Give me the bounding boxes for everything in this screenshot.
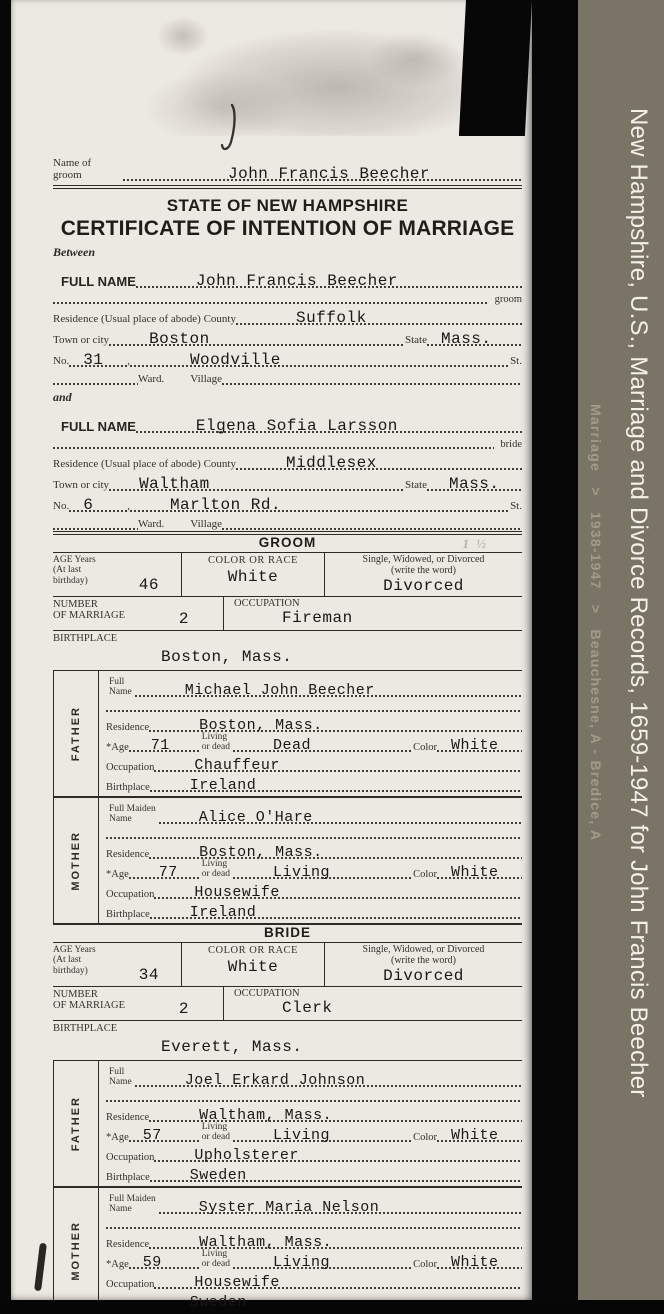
groom-father-age-row: *Age 71 Living or dead Dead Color White [106,733,522,753]
groom-father-occupation: Chauffeur [194,758,280,773]
line: White [437,1252,522,1270]
ink-blob [34,1243,47,1291]
bride-state-line: Mass. [427,474,522,492]
collection-sidebar: Marriage > 1938-1947 > Beauchesne, A - B… [578,0,664,1314]
name-of-groom-value: John Francis Beecher [228,166,430,182]
groom-father-residence: Boston, Mass. [199,718,323,733]
age-label: *Age [106,742,129,753]
line: Living [233,1125,413,1143]
groom-birthplace-row: BIRTHPLACE Boston, Mass. [53,631,522,671]
between-row: Between [53,244,522,260]
between-label: Between [53,245,95,260]
groom-mother-age: 77 [159,865,178,880]
bride-mother-occupation: Housewife [194,1275,280,1290]
color-label: Color [413,869,437,880]
bride-mother-residence-row: Residence Waltham, Mass. [106,1230,522,1250]
bride-stats-row1: AGE Years (At last birthday) 34 COLOR OR… [53,943,522,987]
line: Living [233,1252,413,1270]
bride-town-line: Waltham [109,474,405,492]
breadcrumb: Marriage > 1938-1947 > Beauchesne, A - B… [588,404,604,841]
ward-label: Ward. [138,374,164,386]
living-or-dead-label: Living or dead [199,860,233,880]
bride-occupation-value: Clerk [282,1000,333,1016]
bride-father-living: Living [273,1128,330,1143]
line: Housewife [154,882,522,900]
line: Sweden [150,1165,522,1183]
bride-mother-birthplace: Sweden [190,1295,247,1310]
line: Housewife [154,1272,522,1290]
bride-ward-row: Ward. Village [53,513,522,535]
groom-street-value: Woodville [190,352,281,368]
age-label: *Age [106,869,129,880]
bride-father-fields: Full Name Joel Erkard Johnson Residence … [99,1061,522,1186]
bride-father-birthplace-row: Birthplace Sweden [106,1163,522,1183]
bride-street-value: Marlton Rd. [170,497,281,513]
bride-father-occupation: Upholsterer [194,1148,299,1163]
line: Boston, Mass. [149,715,522,733]
bride-mother-block: MOTHER Full Maiden Name Syster Maria Nel… [53,1188,522,1314]
groom-mother-name: Alice O'Hare [199,810,313,825]
bride-town-row: Town or city Waltham State Mass. [53,471,522,492]
bride-birthplace-row: BIRTHPLACE Everett, Mass. [53,1021,522,1061]
bride-birthplace-value: Everett, Mass. [161,1039,302,1055]
bride-father-age-row: *Age 57 Living or dead Living Color Whit… [106,1123,522,1143]
line: 77 [129,862,199,880]
father-side-label: FATHER [70,706,82,761]
name-of-groom-row: Name of groom John Francis Beecher [53,136,522,189]
no-label-bride: No. [53,501,69,513]
groom-header-text: GROOM [259,535,317,550]
living-or-dead-label: Living or dead [199,733,233,753]
groom-mother-age-row: *Age 77 Living or dead Living Color Whit… [106,860,522,880]
groom-street-line: Woodville [130,350,510,368]
line: 57 [129,1125,199,1143]
age-years-label: AGE Years (At last birthday) [53,943,181,976]
line: 59 [129,1252,199,1270]
bride-mother-residence: Waltham, Mass. [199,1235,332,1250]
living-or-dead-label: Living or dead [199,1123,233,1143]
birthplace-header-label: BIRTHPLACE [53,1021,522,1034]
blank-dotted-row [106,698,522,713]
groom-stats-row2: NUMBER OF MARRIAGE 2 OCCUPATION Fireman [53,597,522,631]
color-or-race-label: COLOR OR RACE [182,943,324,956]
groom-mother-occupation: Housewife [194,885,280,900]
groom-age-value: 46 [139,577,159,593]
bride-father-birthplace: Sweden [190,1168,247,1183]
groom-occupation-value: Fireman [282,610,353,626]
residence-county-label-bride: Residence (Usual place of abode) County [53,459,236,471]
bride-role-row: bride [53,434,522,450]
groom-status-cell: Single, Widowed, or Divorced (write the … [325,553,522,596]
groom-town-row: Town or city Boston State Mass. [53,326,522,347]
birthplace-label: Birthplace [106,782,150,793]
groom-father-age: 71 [151,738,170,753]
st-label: St. [510,356,522,368]
bride-fullname-row: FULL NAME Elgena Sofia Larsson [53,405,522,434]
father-side-label-cell: FATHER [53,671,99,796]
age-years-label: AGE Years (At last birthday) [53,553,181,586]
line: Waltham, Mass. [149,1105,522,1123]
occupation-header-label: OCCUPATION [224,987,522,999]
groom-father-residence-row: Residence Boston, Mass. [106,713,522,733]
mother-side-label-cell: MOTHER [53,1188,99,1313]
state-label: State [405,335,427,347]
groom-occupation-cell: OCCUPATION Fireman [223,597,522,630]
groom-mother-fields: Full Maiden Name Alice O'Hare Residence … [99,798,522,923]
bride-header-text: BRIDE [264,925,311,940]
and-label: and [53,390,72,405]
bride-marriage-no-value: 2 [179,1001,189,1017]
village-label: Village [190,374,222,386]
single-widowed-label: Single, Widowed, or Divorced (write the … [325,943,522,967]
color-label: Color [413,742,437,753]
groom-no-value: 31 [83,352,103,368]
line: 71 [129,735,199,753]
groom-role-label: groom [489,294,522,305]
no-label: No. [53,356,69,368]
line: Boston, Mass. [149,842,522,860]
record-viewer: Name of groom John Francis Beecher STATE… [0,0,664,1314]
line: Ireland [150,902,522,920]
bride-county-line: Middlesex [236,453,522,471]
line: Ireland [150,775,522,793]
groom-status-value: Divorced [383,578,464,594]
residence-county-label: Residence (Usual place of abode) County [53,314,236,326]
bride-village-line [222,513,522,531]
bride-father-block: FATHER Full Name Joel Erkard Johnson Res… [53,1061,522,1188]
collection-title: New Hampshire, U.S., Marriage and Divorc… [624,108,652,1097]
color-label: Color [413,1132,437,1143]
groom-mother-birthplace-row: Birthplace Ireland [106,900,522,920]
living-or-dead-label: Living or dead [199,1250,233,1270]
st-label-bride: St. [510,501,522,513]
groom-race-value: White [228,569,279,585]
groom-father-name: Michael John Beecher [185,683,375,698]
groom-state-value: Mass. [441,331,492,347]
residence-label: Residence [106,722,149,733]
bride-father-age: 57 [143,1128,162,1143]
groom-county-value: Suffolk [296,310,367,326]
groom-birthplace-value: Boston, Mass. [161,649,292,665]
groom-mother-residence-row: Residence Boston, Mass. [106,840,522,860]
groom-father-occupation-row: Occupation Chauffeur [106,753,522,773]
bride-no-line: 6 [69,495,127,513]
line [106,822,522,840]
groom-street-row: No. 31 , Woodville St. [53,347,522,368]
groom-father-fields: Full Name Michael John Beecher Residence… [99,671,522,796]
groom-state-line: Mass. [427,329,522,347]
line: Waltham, Mass. [149,1232,522,1250]
birthplace-label: Birthplace [106,909,150,920]
bride-no-value: 6 [83,497,93,513]
blank-dotted-row [106,1215,522,1230]
color-label: Color [413,1259,437,1270]
groom-father-block: FATHER Full Name Michael John Beecher Re… [53,671,522,798]
groom-village-line [222,368,522,386]
groom-fullname-value: John Francis Beecher [196,273,398,289]
occupation-label: Occupation [106,762,154,773]
bride-mother-age-row: *Age 59 Living or dead Living Color Whit… [106,1250,522,1270]
groom-father-color: White [451,738,499,753]
blank-dotted-row [106,825,522,840]
groom-mother-residence: Boston, Mass. [199,845,323,860]
age-label: *Age [106,1132,129,1143]
residence-label: Residence [106,1239,149,1250]
groom-fullname-row: FULL NAME John Francis Beecher [53,260,522,289]
single-widowed-label: Single, Widowed, or Divorced (write the … [325,553,522,577]
bride-ward-line [53,513,138,531]
and-row: and [53,389,522,405]
groom-role-row: groom [53,289,522,305]
groom-mother-birthplace: Ireland [190,905,257,920]
bride-county-row: Residence (Usual place of abode) County … [53,450,522,471]
mother-side-label: MOTHER [70,1221,82,1281]
occupation-header-label: OCCUPATION [224,597,522,609]
occupation-label: Occupation [106,1152,154,1163]
bride-race-value: White [228,959,279,975]
groom-marriage-no-value: 2 [179,611,189,627]
birthplace-label: Birthplace [106,1172,150,1183]
bride-town-value: Waltham [139,476,210,492]
groom-mother-occupation-row: Occupation Housewife [106,880,522,900]
bride-mother-color: White [451,1255,499,1270]
line: Living [233,862,413,880]
number-of-marriage-label: NUMBER OF MARRIAGE [53,597,223,622]
groom-mother-living: Living [273,865,330,880]
bride-county-value: Middlesex [286,455,377,471]
bride-father-residence-row: Residence Waltham, Mass. [106,1103,522,1123]
bride-father-occupation-row: Occupation Upholsterer [106,1143,522,1163]
scan-corner-notch [459,0,532,136]
line: White [437,1125,522,1143]
certificate-form: Name of groom John Francis Beecher STATE… [53,136,522,1314]
bride-father-residence: Waltham, Mass. [199,1108,332,1123]
groom-father-living: Dead [273,738,311,753]
bride-status-cell: Single, Widowed, or Divorced (write the … [325,943,522,986]
town-or-city-label-bride: Town or city [53,480,109,492]
birthplace-header-label: BIRTHPLACE [53,631,522,644]
bride-section-header: BRIDE [53,925,522,943]
line: Dead [233,735,413,753]
bride-father-color: White [451,1128,499,1143]
groom-marriage-no-cell: NUMBER OF MARRIAGE 2 [53,597,223,630]
name-of-groom-label: Name of groom [53,158,123,182]
bride-status-value: Divorced [383,968,464,984]
occupation-label: Occupation [106,1279,154,1290]
state-title: STATE OF NEW HAMPSHIRE [53,196,522,216]
bride-occupation-cell: OCCUPATION Clerk [223,987,522,1020]
line: Chauffeur [154,755,522,773]
groom-stats-row1: AGE Years (At last birthday) 46 COLOR OR… [53,553,522,597]
bride-street-row: No. 6 , Marlton Rd. St. [53,492,522,513]
groom-ward-line [53,368,138,386]
line: White [437,735,522,753]
name-of-groom-line: John Francis Beecher [123,164,522,182]
bride-mother-name: Syster Maria Nelson [199,1200,380,1215]
ward-label-bride: Ward. [138,519,164,531]
certificate-title: CERTIFICATE OF INTENTION OF MARRIAGE [53,217,522,241]
color-or-race-label: COLOR OR RACE [182,553,324,566]
mother-side-label: MOTHER [70,831,82,891]
groom-town-value: Boston [149,331,210,347]
bride-role-label: bride [494,439,522,450]
bride-fullname-value: Elgena Sofia Larsson [196,418,398,434]
line: White [437,862,522,880]
bride-mother-living: Living [273,1255,330,1270]
groom-race-cell: COLOR OR RACE White [182,553,325,596]
groom-section-header: GROOM 1 ½ [53,535,522,553]
residence-label: Residence [106,849,149,860]
occupation-label: Occupation [106,889,154,900]
father-side-label: FATHER [70,1096,82,1151]
village-label-bride: Village [190,519,222,531]
bride-state-value: Mass. [449,476,500,492]
groom-county-row: Residence (Usual place of abode) County … [53,305,522,326]
bride-mother-occupation-row: Occupation Housewife [106,1270,522,1290]
state-label-bride: State [405,480,427,492]
bride-marriage-no-cell: NUMBER OF MARRIAGE 2 [53,987,223,1020]
groom-no-line: 31 [69,350,127,368]
bride-mother-fields: Full Maiden Name Syster Maria Nelson Res… [99,1188,522,1313]
number-of-marriage-label: NUMBER OF MARRIAGE [53,987,223,1012]
bride-race-cell: COLOR OR RACE White [182,943,325,986]
scanned-certificate: Name of groom John Francis Beecher STATE… [11,0,532,1301]
residence-label: Residence [106,1112,149,1123]
groom-mother-color: White [451,865,499,880]
groom-age-cell: AGE Years (At last birthday) 46 [53,553,182,596]
groom-father-birthplace: Ireland [190,778,257,793]
bride-stats-row2: NUMBER OF MARRIAGE 2 OCCUPATION Clerk [53,987,522,1021]
paper-stain [71,8,486,136]
mother-side-label-cell: MOTHER [53,798,99,923]
groom-town-line: Boston [109,329,405,347]
groom-father-birthplace-row: Birthplace Ireland [106,773,522,793]
bride-age-cell: AGE Years (At last birthday) 34 [53,943,182,986]
scan-bottom-edge [0,1300,664,1314]
blank-dotted-row [106,1088,522,1103]
groom-ward-row: Ward. Village [53,368,522,386]
line: Upholsterer [154,1145,522,1163]
bride-father-name: Joel Erkard Johnson [185,1073,366,1088]
bride-age-value: 34 [139,967,159,983]
bride-street-line: Marlton Rd. [130,495,510,513]
town-or-city-label: Town or city [53,335,109,347]
pencil-scribble: 1 ½ [463,536,489,552]
groom-mother-block: MOTHER Full Maiden Name Alice O'Hare Res… [53,798,522,925]
bride-mother-age: 59 [143,1255,162,1270]
father-side-label-cell: FATHER [53,1061,99,1186]
age-label: *Age [106,1259,129,1270]
groom-county-line: Suffolk [236,308,522,326]
